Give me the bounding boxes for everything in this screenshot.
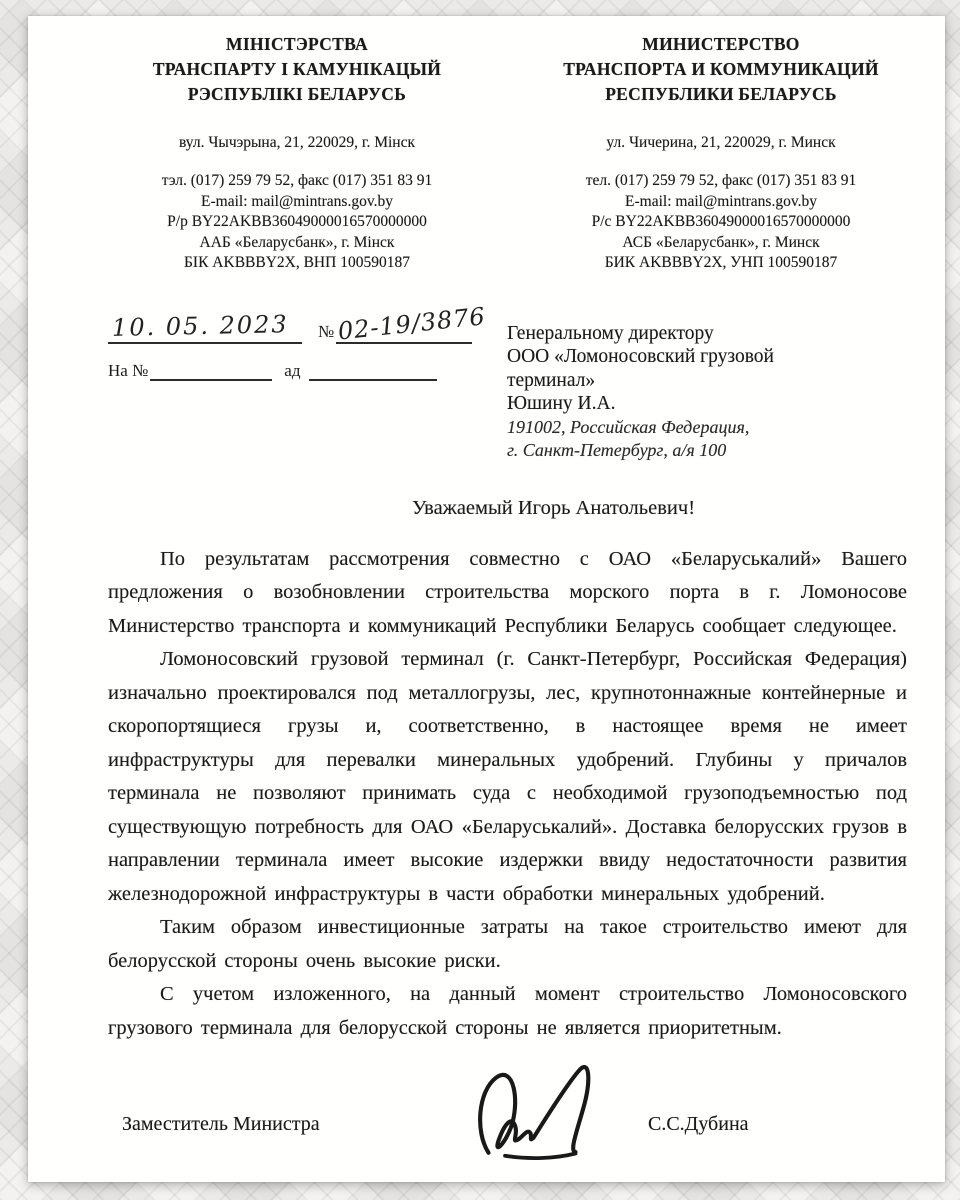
ministry-contacts-ru: тел. (017) 259 79 52, факс (017) 351 83 …	[535, 171, 907, 274]
title-line: ТРАНСПАРТУ І КАМУНІКАЦЫЙ	[122, 57, 472, 82]
ministry-address-ru: ул. Чичерина, 21, 220029, г. Минск	[535, 134, 907, 152]
letter-body: По результатам рассмотрения совместно с …	[108, 543, 907, 1046]
letter-page: МІНІСТЭРСТВА ТРАНСПАРТУ І КАМУНІКАЦЫЙ РЭ…	[28, 16, 945, 1182]
phone-fax-line: тэл. (017) 259 79 52, факс (017) 351 83 …	[122, 171, 472, 192]
letterhead: МІНІСТЭРСТВА ТРАНСПАРТУ І КАМУНІКАЦЫЙ РЭ…	[108, 32, 907, 274]
body-paragraph: Ломоносовский грузовой терминал (г. Санк…	[108, 643, 907, 911]
title-line: МИНИСТЕРСТВО	[535, 32, 907, 57]
outgoing-reference-row: 10. 05. 2023 № 02-19/3876	[108, 312, 480, 344]
date-line: 10. 05. 2023	[108, 312, 302, 344]
reference-block: 10. 05. 2023 № 02-19/3876 На № ад	[108, 312, 480, 463]
ministry-contacts-by: тэл. (017) 259 79 52, факс (017) 351 83 …	[122, 171, 472, 274]
ministry-address-by: вул. Чычэрына, 21, 220029, г. Мінск	[122, 134, 472, 152]
signer-name: С.С.Дубина	[648, 1113, 749, 1136]
reply-date-label: ад	[284, 361, 300, 381]
addressee-postal-line: 191002, Российская Федерация,	[507, 416, 907, 440]
body-paragraph: С учетом изложенного, на данный момент с…	[108, 978, 907, 1045]
phone-fax-line: тел. (017) 259 79 52, факс (017) 351 83 …	[535, 171, 907, 192]
addressee-line: терминал»	[507, 369, 907, 393]
title-line: РЭСПУБЛІКІ БЕЛАРУСЬ	[122, 82, 472, 107]
account-line: Р/р BY22AKBB36049000016570000000	[122, 212, 472, 233]
account-line: Р/с BY22AKBB36049000016570000000	[535, 212, 907, 233]
reply-reference-row: На № ад	[108, 361, 480, 381]
bik-line: БИК AKBBBY2X, УНП 100590187	[535, 253, 907, 274]
bik-line: БІК AKBBBY2X, ВНП 100590187	[122, 253, 472, 274]
ministry-title-ru: МИНИСТЕРСТВО ТРАНСПОРТА И КОММУНИКАЦИЙ Р…	[535, 32, 907, 107]
reply-number-label: На №	[108, 361, 148, 381]
bank-line: АСБ «Беларусбанк», г. Минск	[535, 233, 907, 254]
addressee-line: Генеральному директору	[507, 322, 907, 346]
body-paragraph: По результатам рассмотрения совместно с …	[108, 543, 907, 644]
letterhead-russian: МИНИСТЕРСТВО ТРАНСПОРТА И КОММУНИКАЦИЙ Р…	[535, 32, 907, 274]
letterhead-belarusian: МІНІСТЭРСТВА ТРАНСПАРТУ І КАМУНІКАЦЫЙ РЭ…	[122, 32, 472, 274]
addressee-line: Юшину И.А.	[507, 392, 907, 416]
handwritten-date: 10. 05. 2023	[112, 310, 289, 342]
addressee-line: ООО «Ломоносовский грузовой	[507, 345, 907, 369]
reply-date-line	[309, 361, 437, 381]
addressee-block: Генеральному директору ООО «Ломоносовски…	[507, 312, 907, 463]
handwritten-signature-icon	[463, 1047, 613, 1179]
number-line: 02-19/3876	[336, 314, 472, 344]
title-line: РЕСПУБЛИКИ БЕЛАРУСЬ	[535, 82, 907, 107]
salutation: Уважаемый Игорь Анатольевич!	[108, 497, 907, 520]
body-paragraph: Таким образом инвестиционные затраты на …	[108, 911, 907, 978]
reply-number-line	[150, 361, 272, 381]
email-line: E-mail: mail@mintrans.gov.by	[122, 192, 472, 213]
addressee-postal-line: г. Санкт-Петербург, а/я 100	[507, 439, 907, 463]
number-sign-label: №	[318, 322, 334, 342]
email-line: E-mail: mail@mintrans.gov.by	[535, 192, 907, 213]
title-line: ТРАНСПОРТА И КОММУНИКАЦИЙ	[535, 57, 907, 82]
title-line: МІНІСТЭРСТВА	[122, 32, 472, 57]
handwritten-outgoing-number: 02-19/3876	[337, 302, 487, 345]
signer-position: Заместитель Министра	[122, 1113, 320, 1136]
bank-line: ААБ «Беларусбанк», г. Мінск	[122, 233, 472, 254]
reference-and-addressee-row: 10. 05. 2023 № 02-19/3876 На № ад Генера…	[108, 312, 907, 463]
signature-block: Заместитель Министра С.С.Дубина	[108, 1061, 907, 1200]
ministry-title-by: МІНІСТЭРСТВА ТРАНСПАРТУ І КАМУНІКАЦЫЙ РЭ…	[122, 32, 472, 107]
